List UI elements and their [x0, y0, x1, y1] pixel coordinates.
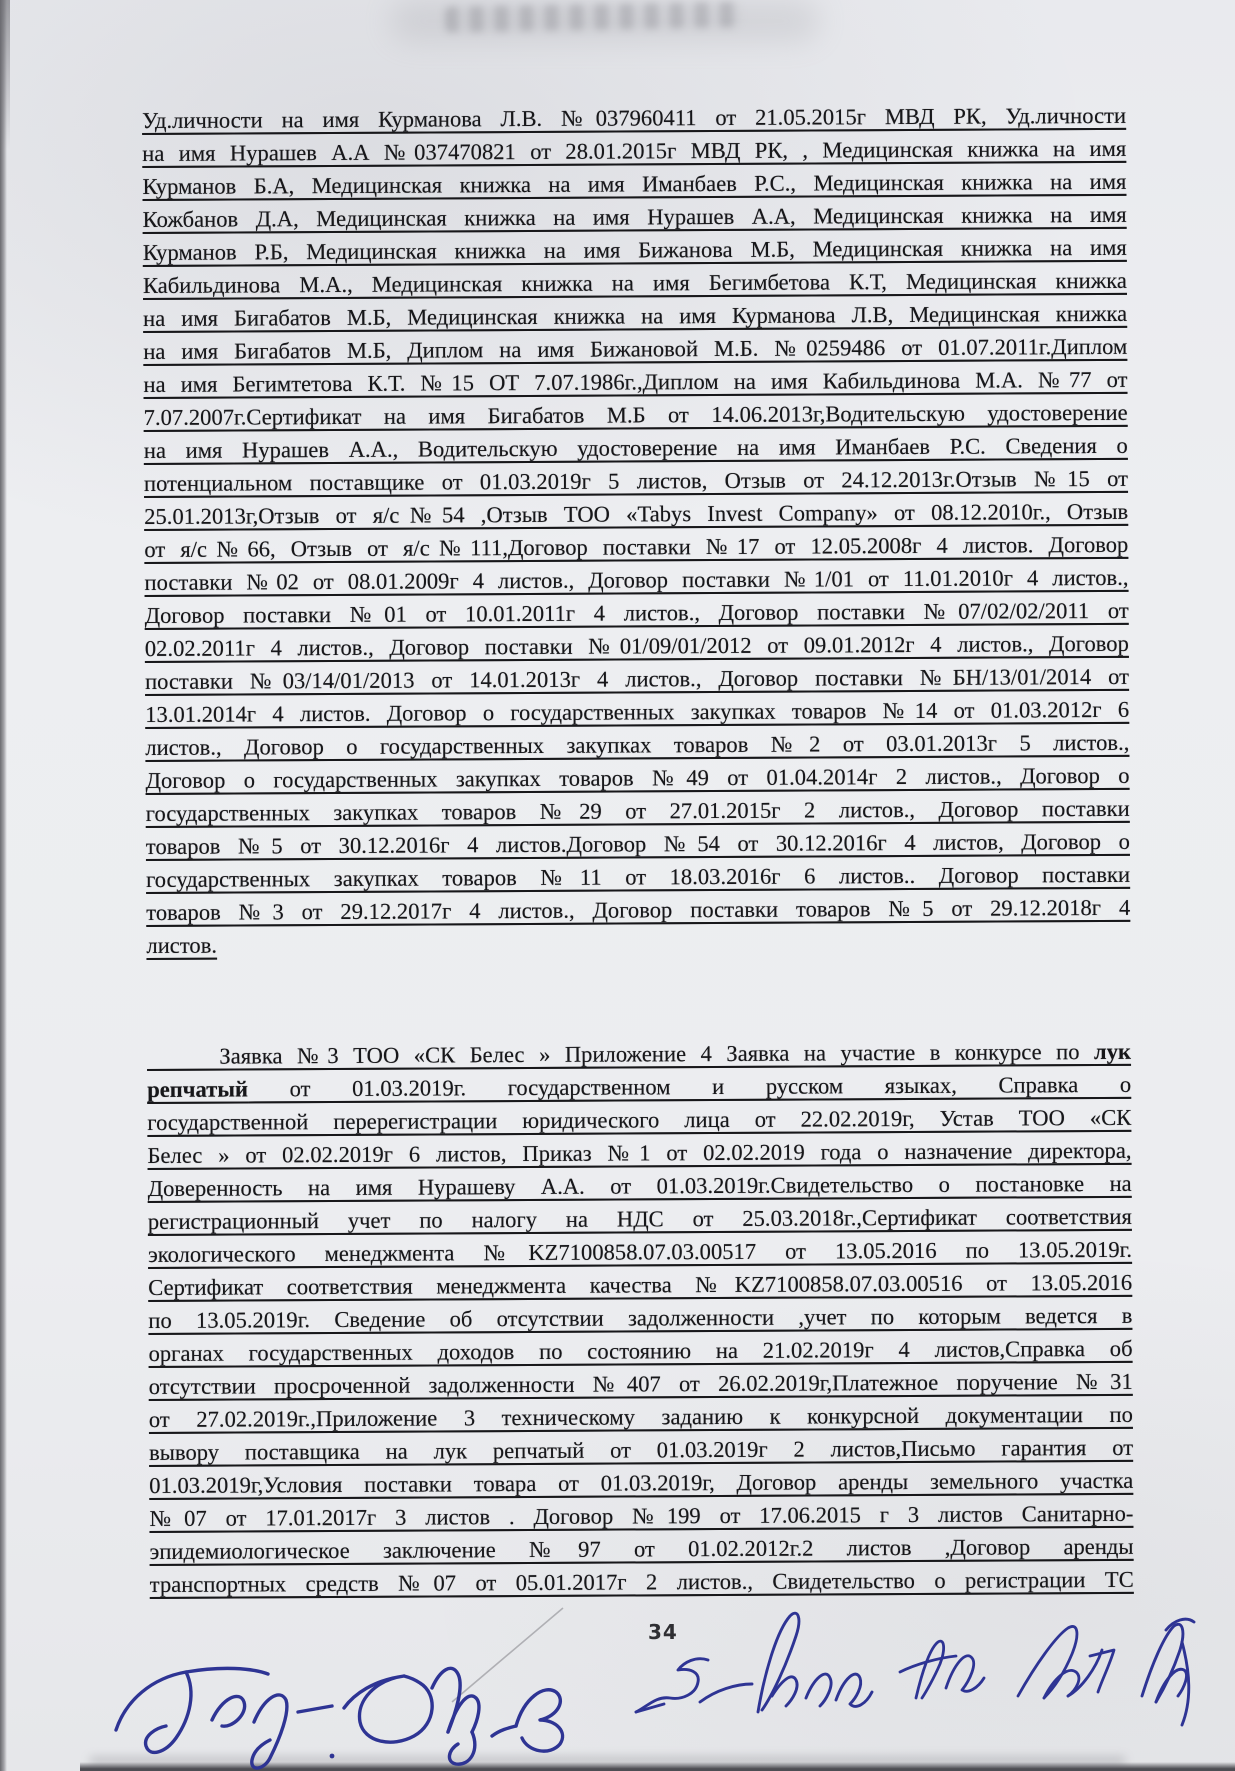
- text-segment: регистрационный учет по налогу на НДС от…: [148, 1204, 1132, 1234]
- text-line: Уд.личности на имя Курманова Л.В. №03796…: [142, 99, 1126, 137]
- text-segment: товаров №3 от 29.12.2017г 4 листов., Дог…: [146, 895, 1130, 925]
- signature-2: [636, 1613, 872, 1712]
- text-segment: органах государственных доходов по состо…: [148, 1336, 1132, 1366]
- text-segment: на имя Бегимтетова К.Т. №15 ОТ 7.07.1986…: [143, 367, 1127, 397]
- text-line: на имя Нурашев А.А №037470821 от 28.01.2…: [142, 132, 1126, 170]
- scan-corner-shadow: [0, 0, 10, 150]
- text-line: эпидемиологическое заключение №97 от 01.…: [149, 1530, 1133, 1568]
- text-line: 01.03.2019г,Условия поставки товара от 0…: [149, 1464, 1133, 1502]
- text-segment: эпидемиологическое заключение №97 от 01.…: [150, 1534, 1134, 1564]
- text-segment: поставки №02 от 08.01.2009г 4 листов., Д…: [144, 565, 1128, 595]
- text-line: репчатый от 01.03.2019г. государственном…: [147, 1068, 1131, 1106]
- text-segment: 01.03.2019г,Условия поставки товара от 0…: [149, 1468, 1133, 1498]
- text-segment: экологического менеджмента №KZ7100858.07…: [148, 1237, 1132, 1267]
- text-segment: Заявка №3 ТОО «СК Белес » Приложение 4 З…: [147, 1039, 1094, 1069]
- scan-edge-left: [0, 0, 7, 1771]
- text-segment: Курманов Р.Б, Медицинская книжка на имя …: [143, 235, 1127, 265]
- text-segment: потенциальном поставщике от 01.03.2019г …: [144, 466, 1128, 496]
- signatures-row: [0, 1580, 1235, 1771]
- text-line: на имя Бигабатов М.Б, Диплом на имя Бижа…: [143, 330, 1127, 368]
- text-segment: на имя Нурашев А.А., Водительскую удосто…: [144, 433, 1128, 463]
- text-line: Доверенность на имя Нурашеву А.А. от 01.…: [148, 1167, 1132, 1205]
- text-line: экологического менеджмента №KZ7100858.07…: [148, 1233, 1132, 1271]
- text-line: государственных закупках товаров №11 от …: [146, 858, 1130, 896]
- text-segment: отсутствии просроченной задолженности №4…: [149, 1369, 1133, 1399]
- paragraph-application-3: Заявка №3 ТОО «СК Белес » Приложение 4 З…: [147, 1035, 1134, 1601]
- text-segment: Доверенность на имя Нурашеву А.А. от 01.…: [148, 1171, 1132, 1201]
- text-line: №07 от 17.01.2017г 3 листов . Договор №1…: [149, 1497, 1133, 1535]
- text-line: Заявка №3 ТОО «СК Белес » Приложение 4 З…: [147, 1035, 1131, 1073]
- text-segment: от я/с№66, Отзыв от я/с№111,Договор пост…: [144, 532, 1128, 562]
- text-segment: государственных закупках товаров №11 от …: [146, 862, 1130, 892]
- text-segment: от 01.03.2019г. государственном и русско…: [248, 1072, 1131, 1102]
- text-segment: государственных закупках товаров №29 от …: [146, 796, 1130, 826]
- text-line: Кожбанов Д.А, Медицинская книжка на имя …: [143, 198, 1127, 236]
- text-segment: №07 от 17.01.2017г 3 листов . Договор №1…: [149, 1501, 1133, 1531]
- bold-text-segment: лук: [1094, 1039, 1131, 1064]
- text-segment: Сертификат соответствия менеджмента каче…: [148, 1270, 1132, 1300]
- text-line: потенциальном поставщике от 01.03.2019г …: [144, 462, 1128, 500]
- text-segment: товаров №5 от 30.12.2016г 4 листов.Догов…: [146, 829, 1130, 859]
- text-segment: листов., Договор о государственных закуп…: [145, 730, 1129, 760]
- text-segment: 02.02.2011г 4 листов., Договор поставки …: [145, 631, 1129, 661]
- text-line: от я/с№66, Отзыв от я/с№111,Договор пост…: [144, 528, 1128, 566]
- text-line: на имя Нурашев А.А., Водительскую удосто…: [144, 429, 1128, 467]
- scanned-document-page: { "page": { "number": "34", "paper_color…: [0, 0, 1235, 1771]
- text-line: товаров №5 от 30.12.2016г 4 листов.Догов…: [146, 825, 1130, 863]
- text-line: 02.02.2011г 4 листов., Договор поставки …: [145, 627, 1129, 665]
- text-segment: Курманов Б.А, Медицинская книжка на имя …: [142, 169, 1126, 199]
- signature-4: [1018, 1626, 1114, 1698]
- text-line: органах государственных доходов по состо…: [148, 1332, 1132, 1370]
- text-line: листов., Договор о государственных закуп…: [145, 726, 1129, 764]
- text-segment: на имя Нурашев А.А №037470821 от 28.01.2…: [142, 136, 1126, 166]
- text-line: 7.07.2007г.Сертификат на имя Бигабатов М…: [144, 396, 1128, 434]
- text-line: от 27.02.2019г.,Приложение 3 техническом…: [149, 1398, 1133, 1436]
- signature-1: [116, 1668, 563, 1768]
- text-segment: государственной перерегистрации юридичес…: [147, 1105, 1131, 1135]
- bold-text-segment: репчатый: [147, 1076, 248, 1102]
- document-body: Уд.личности на имя Курманова Л.В. №03796…: [142, 99, 1134, 1601]
- text-segment: поставки №03/14/01/2013 от 14.01.2013г 4…: [145, 664, 1129, 694]
- text-segment: на имя Бигабатов М.Б, Диплом на имя Бижа…: [143, 334, 1127, 364]
- text-line: отсутствии просроченной задолженности №4…: [149, 1365, 1133, 1403]
- text-line: 25.01.2013г,Отзыв от я/с№54 ,Отзыв ТОО «…: [144, 495, 1128, 533]
- text-line: поставки №03/14/01/2013 от 14.01.2013г 4…: [145, 660, 1129, 698]
- text-line: товаров №3 от 29.12.2017г 4 листов., Дог…: [146, 891, 1130, 929]
- text-line: на имя Бегимтетова К.Т. №15 ОТ 7.07.1986…: [143, 363, 1127, 401]
- text-segment: Белес » от 02.02.2019г 6 листов, Приказ …: [147, 1138, 1131, 1168]
- text-line: Договор поставки №01 от 10.01.2011г 4 ли…: [145, 594, 1129, 632]
- text-line: на имя Бигабатов М.Б, Медицинская книжка…: [143, 297, 1127, 335]
- text-segment: на имя Бигабатов М.Б, Медицинская книжка…: [143, 301, 1127, 331]
- text-line: государственной перерегистрации юридичес…: [147, 1101, 1131, 1139]
- text-line: по 13.05.2019г. Сведение об отсутствии з…: [148, 1299, 1132, 1337]
- text-line: Белес » от 02.02.2019г 6 листов, Приказ …: [147, 1134, 1131, 1172]
- text-line: Договор о государственных закупках товар…: [145, 759, 1129, 797]
- text-segment: Договор о государственных закупках товар…: [145, 763, 1129, 793]
- text-line: Кабильдинова М.А., Медицинская книжка на…: [143, 264, 1127, 302]
- text-line: регистрационный учет по налогу на НДС от…: [148, 1200, 1132, 1238]
- scan-smudge: [445, 1, 740, 32]
- text-line: государственных закупках товаров №29 от …: [146, 792, 1130, 830]
- pencil-mark: [452, 1608, 563, 1702]
- text-segment: Кабильдинова М.А., Медицинская книжка на…: [143, 268, 1127, 298]
- text-segment: вывору поставщика на лук репчатый от 01.…: [149, 1435, 1133, 1465]
- text-line: вывору поставщика на лук репчатый от 01.…: [149, 1431, 1133, 1469]
- text-segment: от 27.02.2019г.,Приложение 3 техническом…: [149, 1402, 1133, 1432]
- text-line: Курманов Б.А, Медицинская книжка на имя …: [142, 165, 1126, 203]
- text-segment: Кожбанов Д.А, Медицинская книжка на имя …: [143, 202, 1127, 232]
- text-line: Сертификат соответствия менеджмента каче…: [148, 1266, 1132, 1304]
- text-segment: 13.01.2014г 4 листов. Договор о государс…: [145, 697, 1129, 727]
- text-segment: 25.01.2013г,Отзыв от я/с№54 ,Отзыв ТОО «…: [144, 499, 1128, 529]
- text-line: 13.01.2014г 4 листов. Договор о государс…: [145, 693, 1129, 731]
- text-segment: 7.07.2007г.Сертификат на имя Бигабатов М…: [144, 400, 1128, 430]
- signature-5: [1142, 1619, 1194, 1725]
- text-segment: листов.: [146, 933, 217, 958]
- signature-3: [900, 1641, 984, 1698]
- text-line: листов.: [146, 924, 1130, 962]
- paragraph-attachments-list-1: Уд.личности на имя Курманова Л.В. №03796…: [142, 99, 1130, 962]
- text-line: поставки №02 от 08.01.2009г 4 листов., Д…: [144, 561, 1128, 599]
- text-segment: по 13.05.2019г. Сведение об отсутствии з…: [148, 1303, 1132, 1333]
- text-segment: Договор поставки №01 от 10.01.2011г 4 ли…: [145, 598, 1129, 628]
- text-line: Курманов Р.Б, Медицинская книжка на имя …: [143, 231, 1127, 269]
- text-segment: Уд.личности на имя Курманова Л.В. №03796…: [142, 103, 1126, 133]
